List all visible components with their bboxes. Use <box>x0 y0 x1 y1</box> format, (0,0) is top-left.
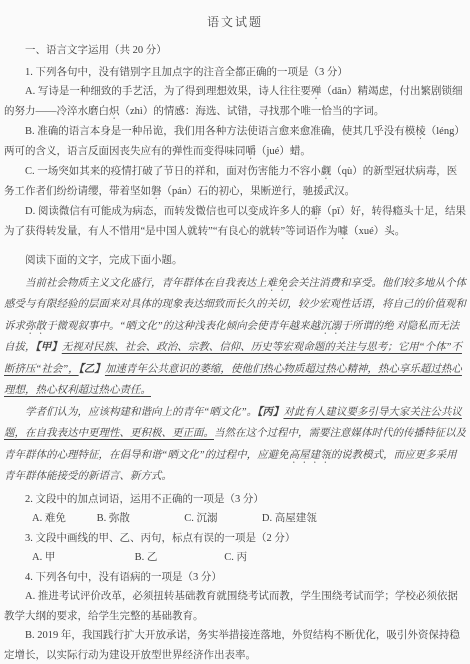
q1-option-c: C. 一场突如其来的疫情打破了节日的祥和，面对伤害能力不容小觑（qù）的新型冠状… <box>4 162 466 202</box>
text-segment: （zhì）的情感：海选、试错，寻找那个唯一恰当的字词。 <box>120 106 385 117</box>
q3-stem: 3. 文段中画线的甲、乙、丙句，标点有误的一项是（2 分） <box>4 529 466 549</box>
text-segment: D. 阅读微信有可能成为病态，而转发微信也可以变成许多人的 <box>25 206 311 217</box>
text-segment: （jué）蜡。 <box>256 146 311 157</box>
q2-option-d: D. 高屋建瓴 <box>262 509 317 529</box>
q2-option-c: C. 沉溺 <box>184 509 259 529</box>
emphasized-text: 沉溺 <box>320 321 341 332</box>
q3-option-b: B. 乙 <box>135 548 222 568</box>
emphasized-text: 磐 <box>151 186 162 197</box>
q2-option-b: B. 弥散 <box>97 509 182 529</box>
passage-paragraph-1: 当前社会物质主义文化盛行，青年群体在自我表达上难免会关注消费和享受。他们较多地从… <box>4 273 466 402</box>
text-segment: B. 准确的语言本身是一种吊诡，我们用各种方法使语言愈来愈准确，使其几乎没有模 <box>25 126 415 137</box>
q1-option-a: A. 写诗是一种细致的手艺活，为了得到理想效果，诗人往往要殚（dān）精竭虑，付… <box>4 82 466 122</box>
q1-option-b: B. 准确的语言本身是一种吊诡，我们用各种方法使语言愈来愈准确，使其几乎没有模棱… <box>4 122 466 162</box>
emphasized-text: 弥散 <box>25 321 46 332</box>
text-segment: A. 写诗是一种细致的手艺活，为了得到理想效果，诗人往往要 <box>25 86 311 97</box>
emphasized-text: 棱 <box>415 126 426 137</box>
emphasized-text: 嚼 <box>246 146 257 157</box>
bracket-marker: 【丙】 <box>257 407 283 418</box>
document-page: 语文试题 一、语言文字运用（共 20 分） 1. 下列各句中，没有错别字且加点字… <box>0 0 470 664</box>
emphasized-text: 炽 <box>109 106 120 117</box>
q1-stem: 1. 下列各句中，没有错别字且加点字的注音全都正确的一项是（3 分） <box>4 63 466 83</box>
q2-option-a: A. 难免 <box>32 509 94 529</box>
bracket-marker: 【乙】 <box>79 364 105 375</box>
q2-stem: 2. 文段中的加点词语，运用不正确的一项是（3 分） <box>4 490 466 510</box>
emphasized-text: 觑 <box>321 166 332 177</box>
q3-option-a: A. 甲 <box>32 548 132 568</box>
text-segment: C. 一场突如其来的疫情打破了节日的祥和，面对伤害能力不容小 <box>25 166 321 177</box>
q4-option-a: A. 推进考试评价改革，必须扭转基础教育就围绕考试而教，学生围绕考试而学；学校必… <box>4 587 466 626</box>
q3-option-c: C. 丙 <box>224 548 247 568</box>
text-segment: （xué）头。 <box>348 226 405 237</box>
text-segment: 学者们认为，应该构建和谐向上的青年“晒文化”。 <box>25 407 257 418</box>
reading-prompt: 阅读下面的文字，完成下面小题。 <box>4 251 466 271</box>
bracket-marker: 【甲】 <box>36 342 62 353</box>
q1-option-d: D. 阅读微信有可能成为病态，而转发微信也可以变成许多人的癖（pǐ）好，转得瘾头… <box>4 202 466 242</box>
text-segment: 于微观叙事中。“晒文化”的这种浅表化倾向会使青年越来越 <box>46 321 320 332</box>
text-segment: （pán）石的初心，果断逆行，驰援武汉。 <box>162 186 356 197</box>
q3-options-row: A. 甲 B. 乙 C. 丙 <box>4 548 466 568</box>
passage-paragraph-2: 学者们认为，应该构建和谐向上的青年“晒文化”。【丙】对此有人建议要多引导大家关注… <box>4 402 466 488</box>
q2-options-row: A. 难免 B. 弥散 C. 沉溺 D. 高屋建瓴 <box>4 509 466 529</box>
emphasized-text: 难免 <box>267 278 288 289</box>
emphasized-text: 癖 <box>311 206 322 217</box>
q4-option-b: B. 2019 年，我国践行扩大开放承诺，务实举措接连落地，外贸结构不断优化，吸… <box>4 626 466 664</box>
q4-stem: 4. 下列各句中，没有语病的一项是（3 分） <box>4 568 466 588</box>
emphasized-text: 噱 <box>338 226 349 237</box>
section-heading: 一、语言文字运用（共 20 分） <box>4 41 466 61</box>
emphasized-text: 高屋建瓴 <box>289 450 331 461</box>
text-segment: 当前社会物质主义文化盛行，青年群体在自我表达上 <box>25 278 267 289</box>
emphasized-text: 殚 <box>311 86 322 97</box>
doc-title: 语文试题 <box>4 0 466 30</box>
